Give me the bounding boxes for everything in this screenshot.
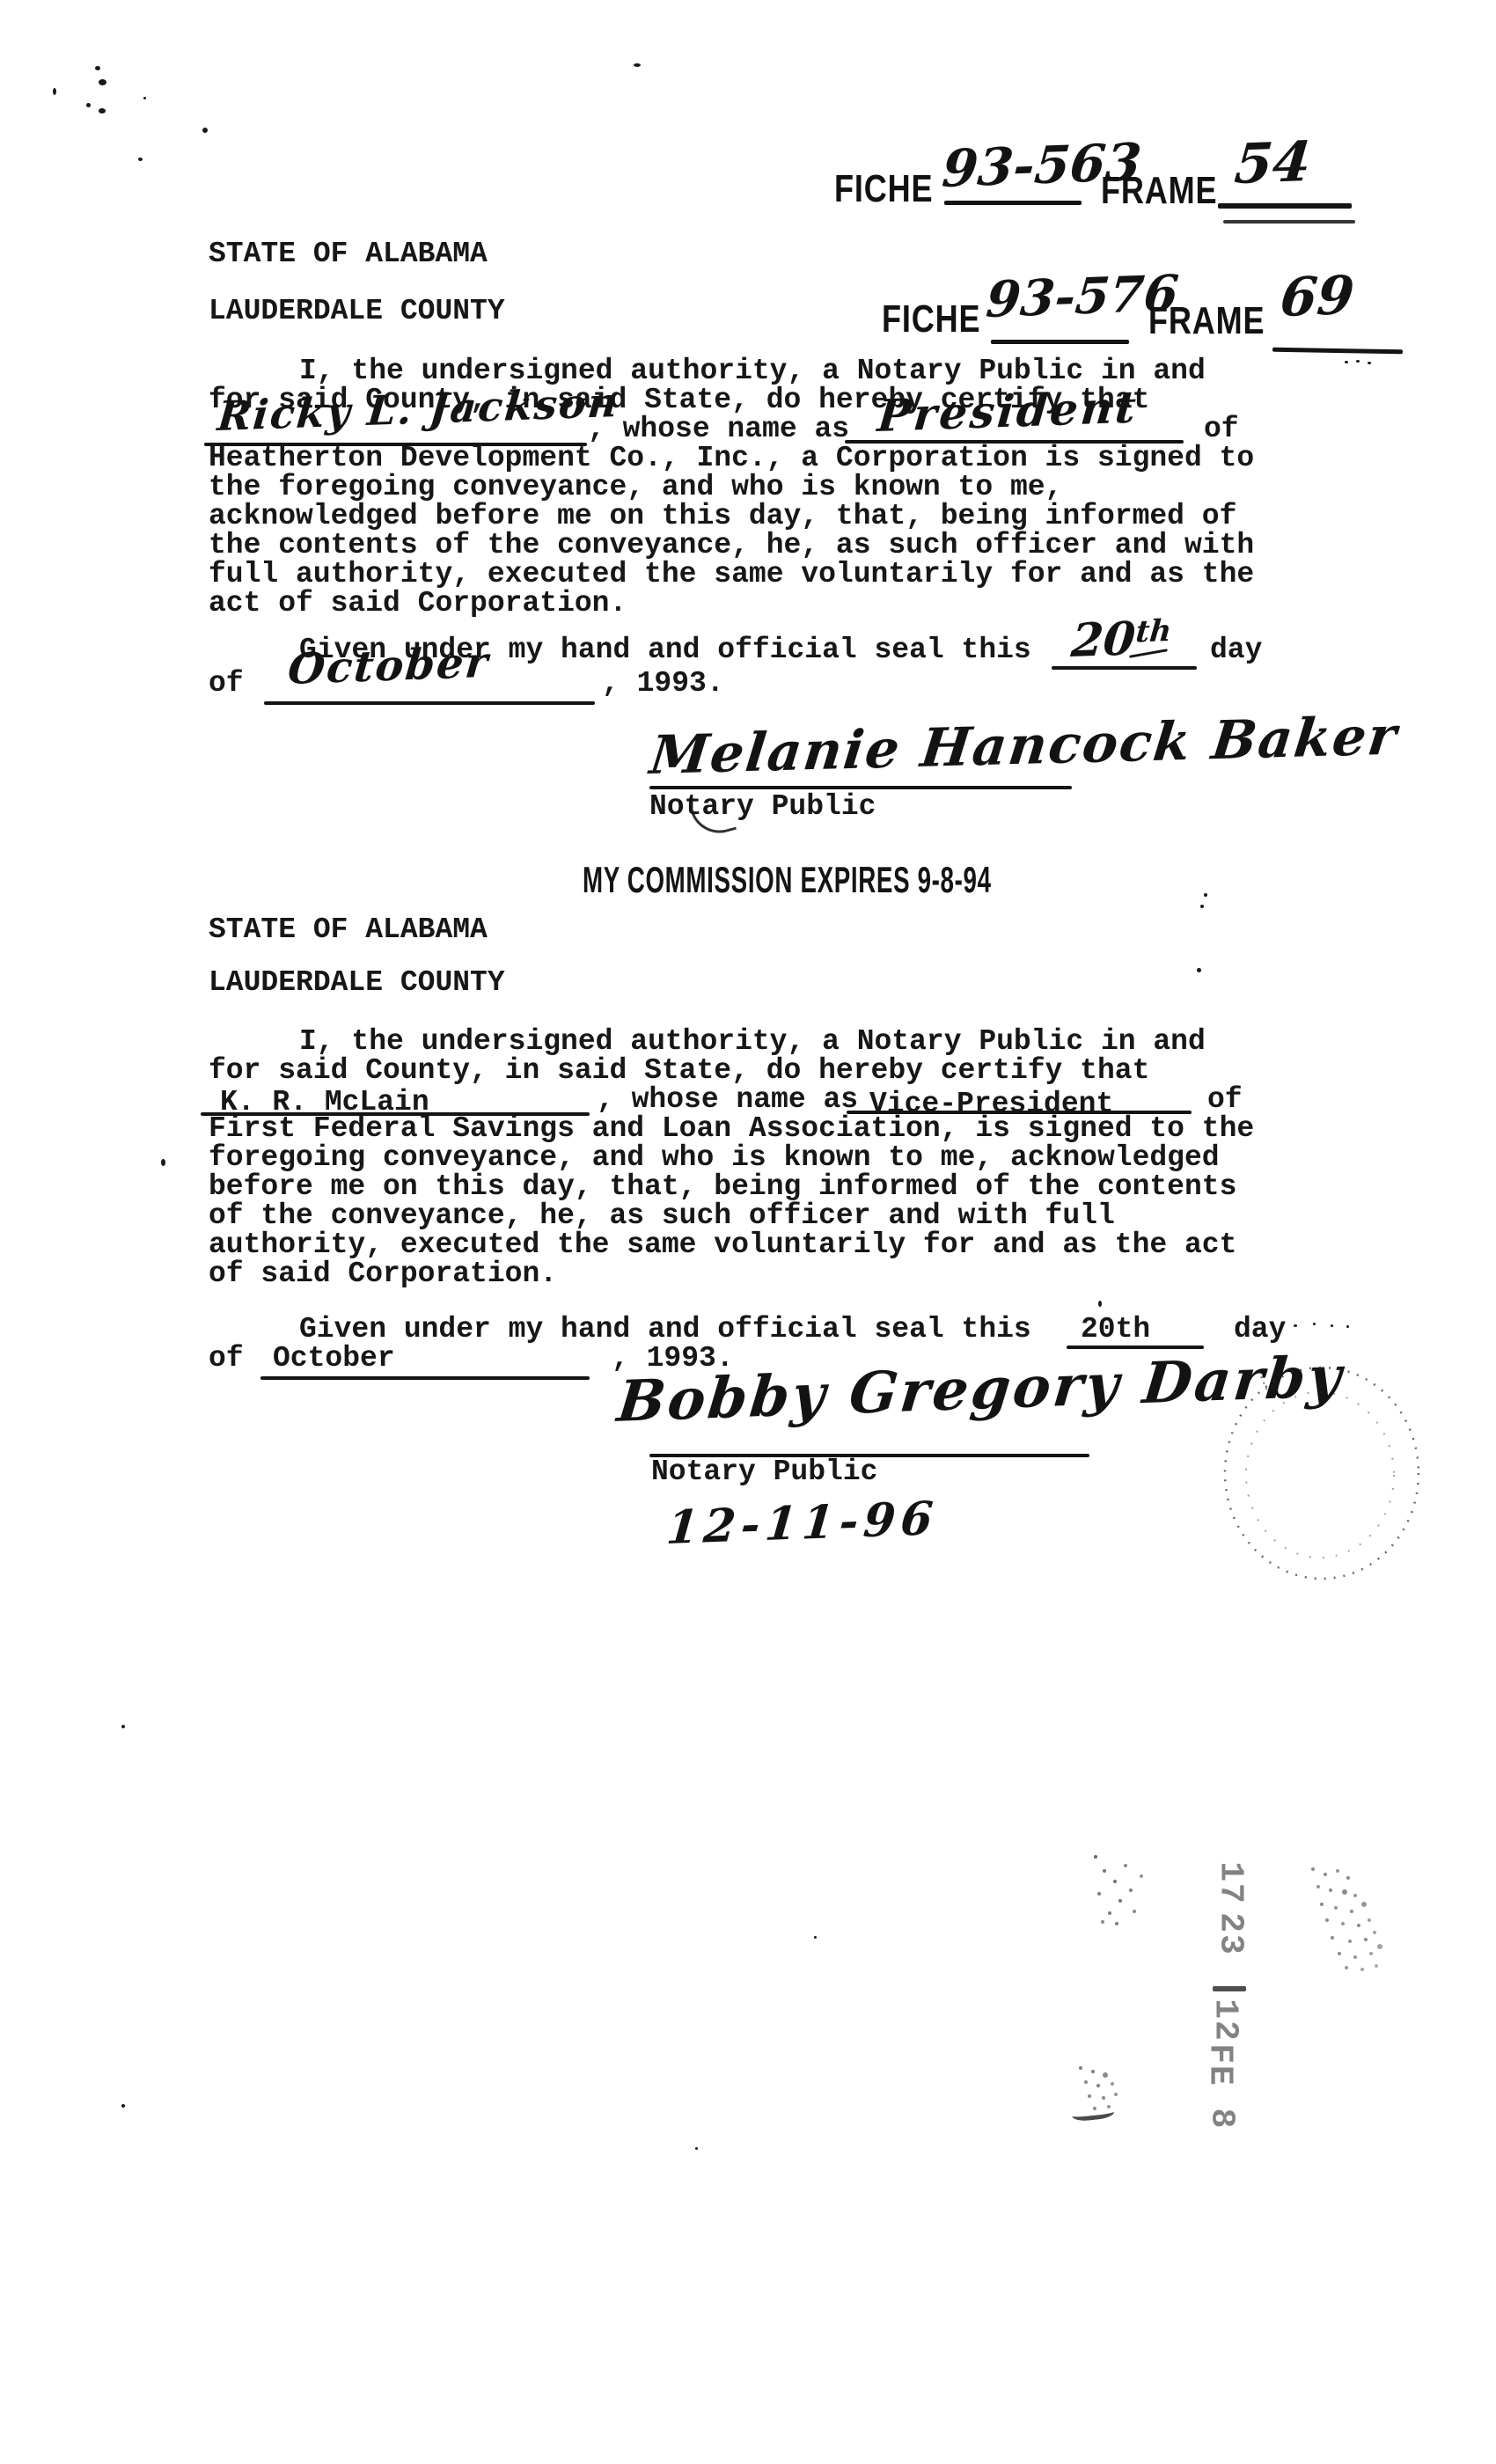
scan-speck — [1294, 1324, 1297, 1327]
fill-underline — [991, 340, 1129, 344]
ack2-line3-mid: , whose name as — [597, 1085, 858, 1114]
ack1-year-text: , 1993. — [602, 669, 724, 698]
scan-speck — [814, 1936, 817, 1939]
ack1-title-fill-handwritten: President — [876, 380, 1140, 442]
fill-underline — [1218, 203, 1352, 209]
scan-speck — [1197, 968, 1201, 972]
ack2-line9: of said Corporation. — [209, 1259, 557, 1288]
scan-speck — [138, 158, 143, 161]
fill-underline — [1052, 666, 1197, 670]
scan-speck — [53, 88, 56, 95]
scan-speck — [121, 1725, 125, 1728]
notary2-date-handwritten: 12-11-96 — [664, 1492, 940, 1555]
ack2-given-line: Given under my hand and official seal th… — [299, 1315, 1031, 1344]
scan-speck — [143, 97, 146, 99]
frame-number-top-handwritten: 54 — [1232, 129, 1314, 196]
faint-stamp-noise — [1094, 1855, 1097, 1859]
ack2-line4: First Federal Savings and Loan Associati… — [209, 1114, 1254, 1143]
ack2-of-word: of — [209, 1344, 244, 1373]
ack1-line5: the foregoing conveyance, and who is kno… — [209, 473, 1062, 502]
scan-speck — [634, 63, 641, 67]
state-heading-1: STATE OF ALABAMA — [209, 239, 488, 268]
scan-speck — [695, 2147, 698, 2150]
scan-speck — [99, 79, 106, 85]
ack2-day-fill-typed: 20th — [1081, 1315, 1150, 1344]
scan-speck — [1313, 1323, 1316, 1325]
scan-speck — [1331, 1324, 1333, 1327]
scan-speck — [1368, 362, 1371, 364]
faint-stamp-fragment: 23 — [1212, 1912, 1250, 1956]
ack2-line1: I, the undersigned authority, a Notary P… — [299, 1027, 1206, 1056]
fiche-label-mid: FICHE — [882, 297, 980, 341]
scan-speck — [1346, 1325, 1349, 1328]
ack1-line3-mid: , whose name as — [588, 414, 849, 444]
notary1-role-label: Notary Public — [649, 792, 876, 821]
ack2-month-fill-typed: October — [273, 1344, 395, 1373]
ack1-of-word: of — [209, 669, 244, 698]
ack1-line4: Heatherton Development Co., Inc., a Corp… — [209, 444, 1254, 473]
scan-speck — [121, 2104, 125, 2108]
ack1-line6: acknowledged before me on this day, that… — [209, 502, 1236, 531]
ack2-line8: authority, executed the same voluntarily… — [209, 1230, 1236, 1259]
scan-speck — [86, 103, 91, 107]
faint-stamp-fragment: 8 — [1203, 2108, 1241, 2130]
scan-speck — [1356, 360, 1360, 363]
commission-expiry-stamp: MY COMMISSION EXPIRES 9-8-94 — [583, 859, 992, 901]
ack1-day-fill-handwritten: 20th — [1069, 611, 1173, 668]
scan-speck — [1345, 361, 1348, 363]
day-ordinal-suffix: th — [1134, 613, 1173, 650]
fill-underline — [1223, 220, 1355, 224]
ack2-line2: for said County, in said State, do hereb… — [209, 1056, 1149, 1085]
scan-speck — [202, 128, 208, 133]
county-heading-2: LAUDERDALE COUNTY — [209, 968, 505, 997]
signature-underline — [649, 786, 1072, 789]
ack1-day-word: day — [1210, 635, 1262, 664]
notary2-role-label: Notary Public — [651, 1457, 877, 1486]
ack1-line3-end: of — [1204, 414, 1239, 444]
ack2-line7: of the conveyance, he, as such officer a… — [209, 1201, 1115, 1230]
faint-stamp-stroke — [1071, 2103, 1115, 2123]
scan-speck — [1098, 1301, 1102, 1307]
ack1-line7: the contents of the conveyance, he, as s… — [209, 531, 1254, 560]
ack1-line9: act of said Corporation. — [209, 589, 627, 618]
faint-stamp-noise — [1079, 2066, 1082, 2070]
frame-label-mid: FRAME — [1148, 299, 1265, 343]
frame-number-mid-handwritten: 69 — [1278, 265, 1357, 329]
faint-stamp-fragment: 17 — [1212, 1861, 1250, 1905]
county-heading-1: LAUDERDALE COUNTY — [209, 297, 505, 326]
fiche-label-top: FICHE — [834, 167, 933, 211]
faint-stamp-fragment: 12 — [1206, 1998, 1244, 2042]
day-number: 20 — [1069, 612, 1138, 668]
ack2-line3-end: of — [1207, 1085, 1243, 1114]
frame-label-top: FRAME — [1101, 169, 1217, 213]
notary1-signature-handwritten: Melanie Hancock Baker — [647, 706, 1401, 787]
ack2-line5: foregoing conveyance, and who is known t… — [209, 1143, 1220, 1172]
ack2-day-word: day — [1234, 1315, 1286, 1344]
faint-stamp-fragment: FE — [1201, 2043, 1239, 2087]
fill-underline — [260, 1376, 590, 1380]
scan-speck — [161, 1159, 165, 1166]
scan-speck — [1200, 905, 1204, 908]
faint-stamp-bar — [1213, 1986, 1246, 1991]
scan-speck — [1204, 893, 1207, 897]
ack1-line1: I, the undersigned authority, a Notary P… — [299, 356, 1206, 385]
faint-stamp-noise — [1311, 1867, 1315, 1871]
fill-underline — [1272, 348, 1403, 355]
scan-speck — [95, 66, 100, 70]
fill-underline — [944, 201, 1082, 205]
ack1-month-fill-handwritten: October — [286, 638, 491, 694]
ack2-line6: before me on this day, that, being infor… — [209, 1172, 1236, 1201]
ack1-line8: full authority, executed the same volunt… — [209, 560, 1254, 589]
scanned-document-page: FICHE 93-563 FRAME 54 STATE OF ALABAMA L… — [0, 0, 1496, 2464]
notary-seal-impression — [1213, 1362, 1434, 1593]
scan-speck — [99, 108, 106, 114]
fill-underline — [264, 701, 595, 705]
state-heading-2: STATE OF ALABAMA — [209, 915, 488, 944]
